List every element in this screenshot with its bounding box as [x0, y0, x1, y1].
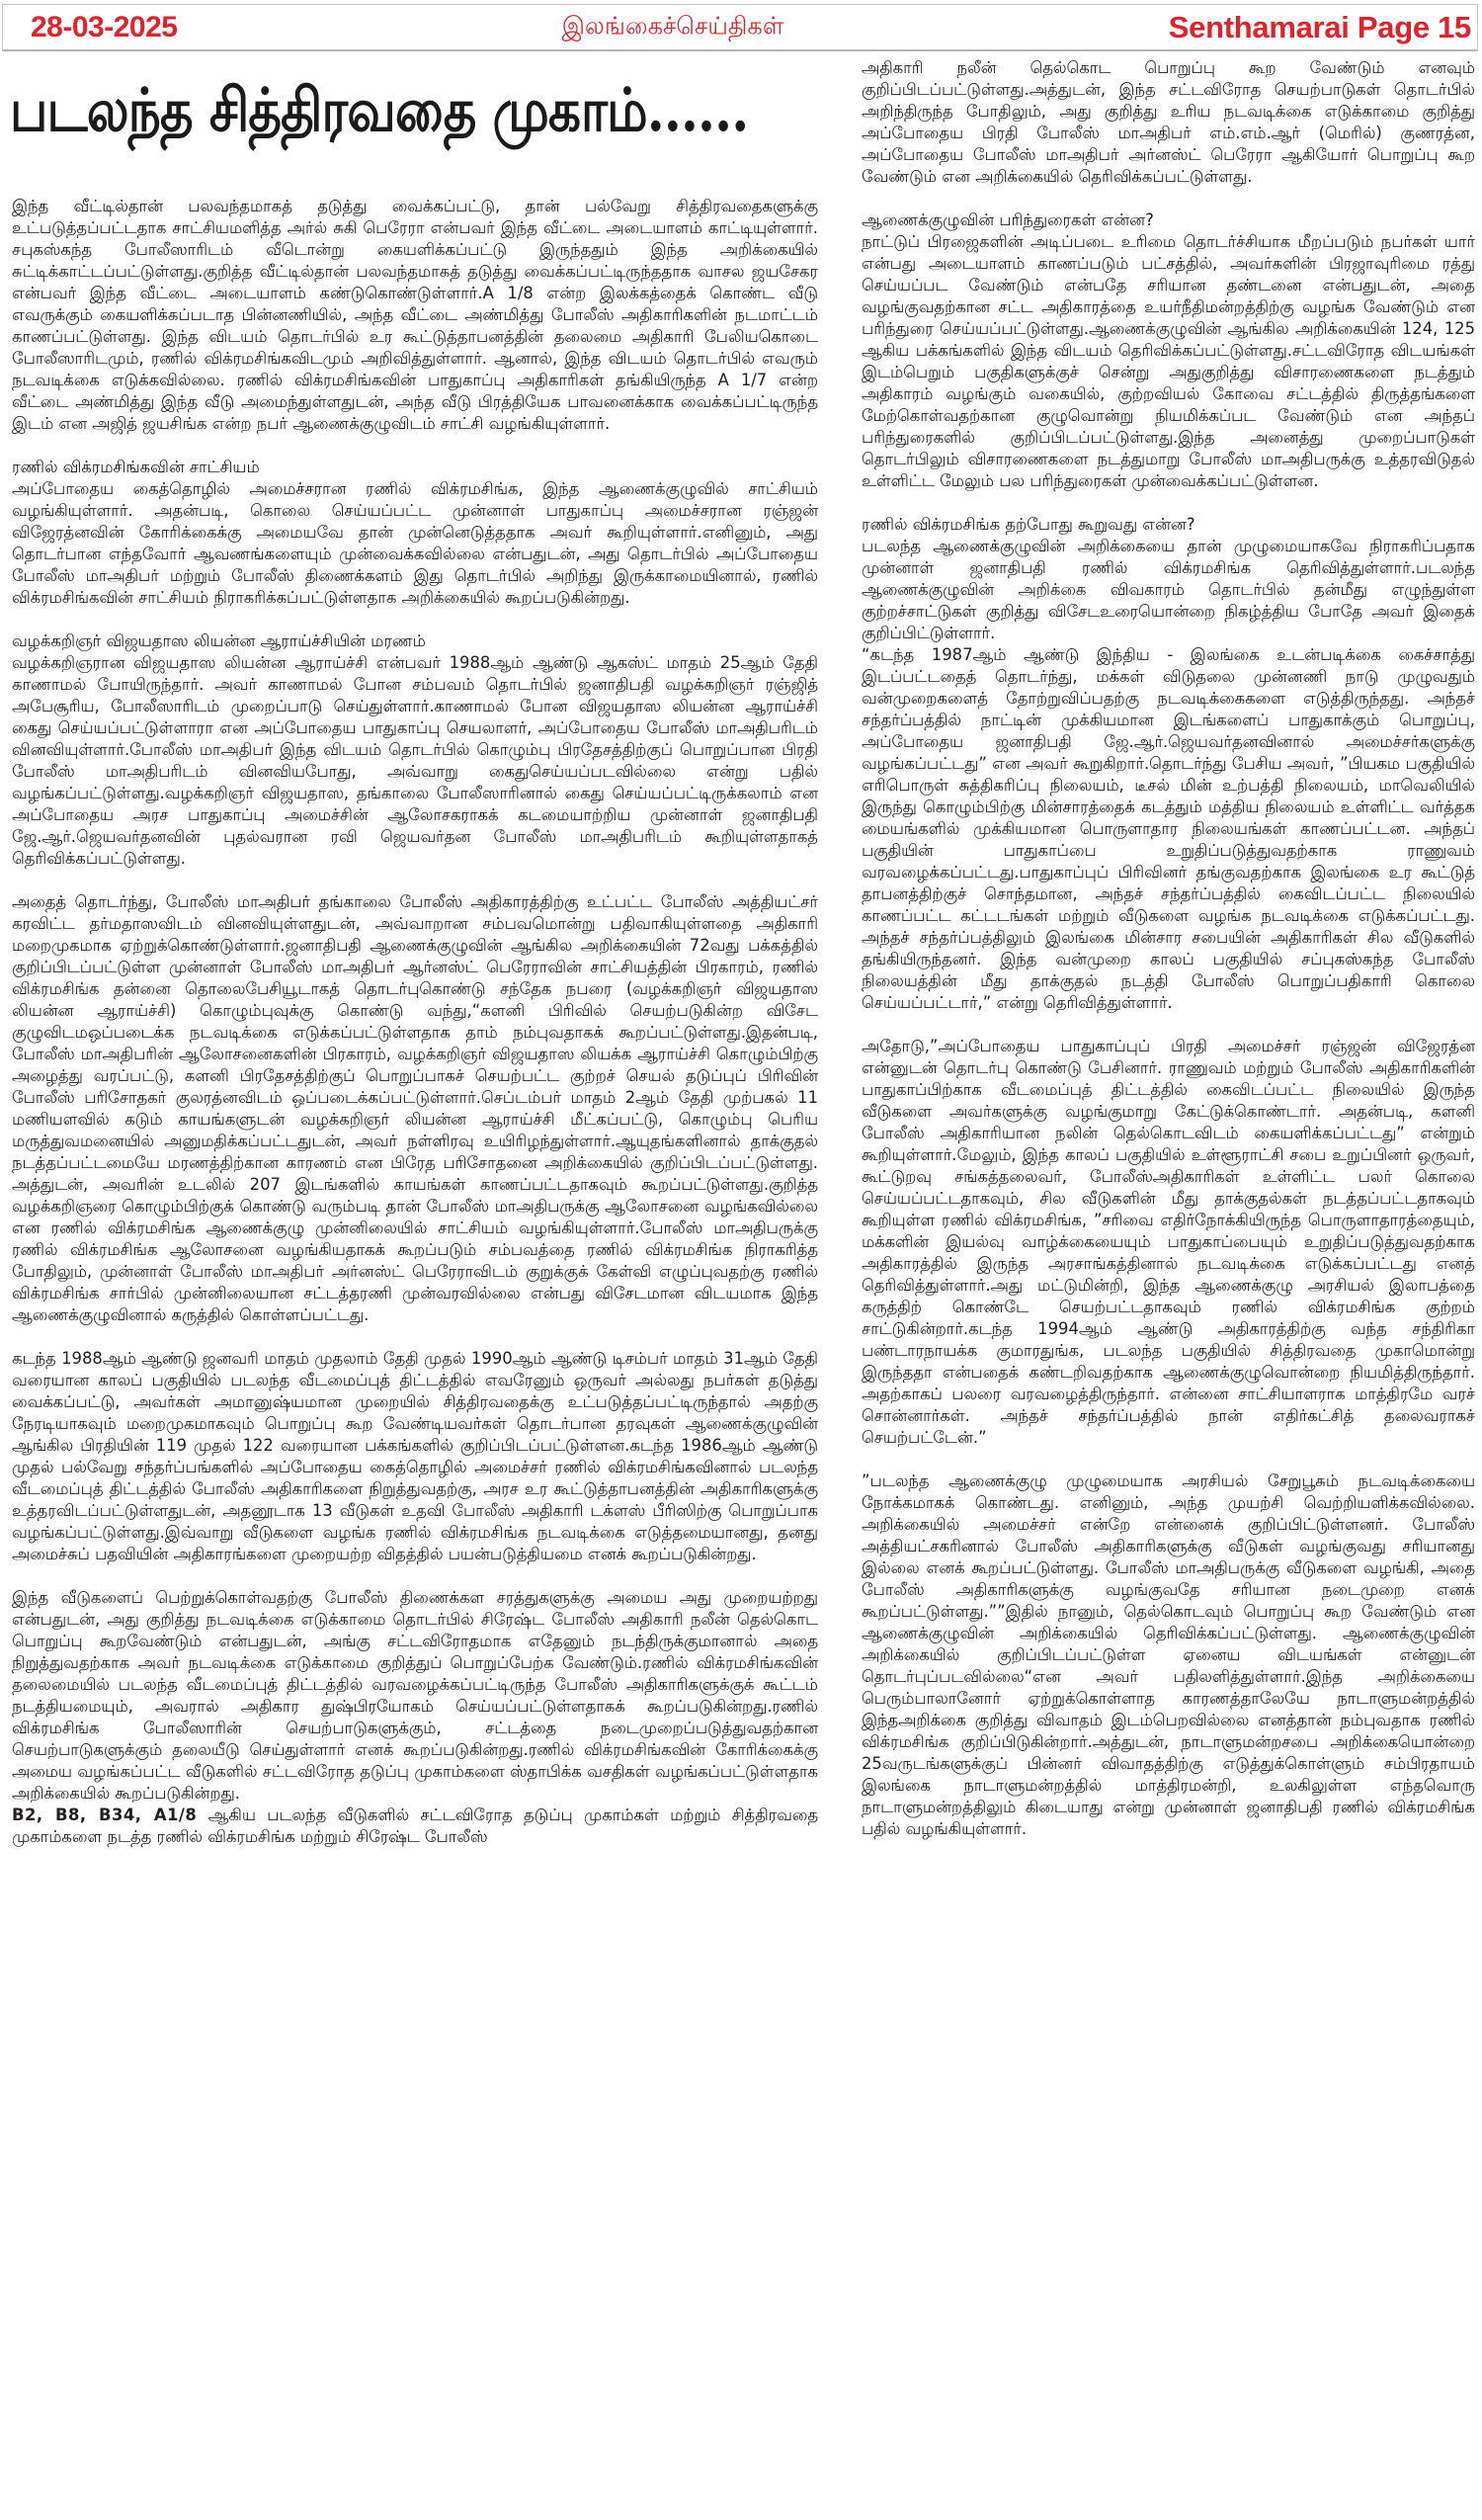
paragraph: B2, B8, B34, A1/8 ஆகிய படலந்த வீடுகளில் …: [12, 1805, 818, 1848]
house-codes: B2, B8, B34, A1/8: [12, 1806, 197, 1824]
paragraph: கடந்த 1988ஆம் ஆண்டு ஜனவரி மாதம் முதலாம் …: [12, 1348, 818, 1565]
paragraph: “கடந்த 1987ஆம் ஆண்டு இந்திய - இலங்கை உடன…: [862, 644, 1475, 1014]
paragraph: படலந்த ஆணைக்குழுவின் அறிக்கையை தான் முழு…: [862, 536, 1475, 644]
right-column: அதிகாரி நலீன் தெல்கொட பொறுப்பு கூற வேண்ட…: [862, 57, 1475, 1862]
paragraph: அப்போதைய கைத்தொழில் அமைச்சரான ரணில் விக்…: [12, 478, 818, 609]
subheading: ரணில் விக்ரமசிங்க தற்போது கூறுவது என்ன?: [862, 514, 1475, 536]
paragraph: அதிகாரி நலீன் தெல்கொட பொறுப்பு கூற வேண்ட…: [862, 57, 1475, 188]
page-label: Senthamarai Page 15: [1169, 10, 1471, 45]
subheading: ஆணைக்குழுவின் பரிந்துரைகள் என்ன?: [862, 210, 1475, 231]
paragraph: அதோடு,”அப்போதைய பாதுகாப்புப் பிரதி அமைச்…: [862, 1036, 1475, 1449]
paragraph: ”படலந்த ஆணைக்குழு முழுமையாக அரசியல் சேறு…: [862, 1470, 1475, 1840]
left-column: இந்த வீட்டில்தான் பலவந்தமாகத் தடுத்து வை…: [12, 196, 818, 1848]
article-headline: படலந்த சித்திரவதை முகாம்......: [10, 61, 715, 170]
paragraph: இந்த வீடுகளைப் பெற்றுக்கொள்வதற்கு போலீஸ்…: [12, 1587, 818, 1805]
issue-date: 28-03-2025: [31, 11, 177, 44]
paragraph: இந்த வீட்டில்தான் பலவந்தமாகத் தடுத்து வை…: [12, 196, 818, 435]
paragraph: நாட்டுப் பிரஜைகளின் அடிப்படை உரிமை தொடர்…: [862, 231, 1475, 492]
page-header: 28-03-2025 இலங்கைச்செய்திகள் Senthamarai…: [2, 4, 1478, 51]
subheading: ரணில் விக்ரமசிங்கவின் சாட்சியம்: [12, 457, 818, 478]
subheading: வழக்கறிஞர் விஜயதாஸ லியன்ன ஆராய்ச்சியின் …: [12, 630, 818, 652]
section-title: இலங்கைச்செய்திகள்: [562, 11, 784, 43]
paragraph: வழக்கறிஞரான விஜயதாஸ லியன்ன ஆராய்ச்சி என்…: [12, 652, 818, 870]
paragraph: அதைத் தொடர்ந்து, போலீஸ் மாஅதிபர் தங்காலை…: [12, 891, 818, 1326]
